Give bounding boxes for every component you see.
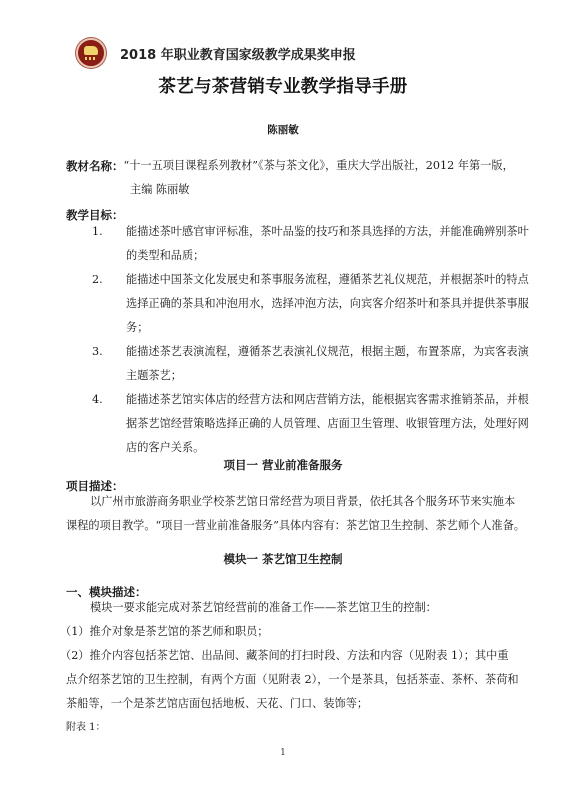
appendix-label: 附表 1： (66, 716, 546, 740)
textbook-line1: “十一五项目课程系列教材”《茶与茶文化》，重庆大学出版社，2012 年第一版， (124, 154, 514, 178)
objectives-list: 1. 能描述茶叶感官审评标准，茶叶品鉴的技巧和茶具选择的方法，并能准确辨别茶叶 … (92, 220, 542, 460)
module-title: 模块一 茶艺馆卫生控制 (0, 551, 566, 567)
textbook-line2: 主编 陈丽敏 (66, 178, 536, 202)
school-emblem-icon (76, 38, 106, 68)
project-description: 以广州市旅游商务职业学校茶艺馆日常经营为项目背景，依托其各个服务环节来实施本 课… (66, 490, 546, 538)
project-title: 项目一 营业前准备服务 (0, 457, 566, 473)
header-text: 2018 年职业教育国家级教学成果奖申报 (120, 44, 356, 63)
module-description: 模块一要求能完成对茶艺馆经营前的准备工作——茶艺馆卫生的控制： （1）推介对象是… (66, 596, 546, 740)
objective-item: 1. 能描述茶叶感官审评标准，茶叶品鉴的技巧和茶具选择的方法，并能准确辨别茶叶 … (92, 220, 542, 268)
document-author: 陈丽敏 (0, 122, 566, 137)
textbook-section: 教材名称： “十一五项目课程系列教材”《茶与茶文化》，重庆大学出版社，2012 … (66, 154, 536, 202)
page-header: 2018 年职业教育国家级教学成果奖申报 (76, 40, 356, 66)
objective-item: 4. 能描述茶艺馆实体店的经营方法和网店营销方法，能根据宾客需求推销茶品，并根 … (92, 388, 542, 460)
objective-item: 2. 能描述中国茶文化发展史和茶事服务流程，遵循茶艺礼仪规范，并根据茶叶的特点 … (92, 268, 542, 340)
page-number: 1 (0, 748, 566, 758)
objective-item: 3. 能描述茶艺表演流程，遵循茶艺表演礼仪规范，根据主题，布置茶席，为宾客表演 … (92, 340, 542, 388)
textbook-label: 教材名称： (66, 154, 124, 178)
document-title: 茶艺与茶营销专业教学指导手册 (0, 73, 566, 98)
